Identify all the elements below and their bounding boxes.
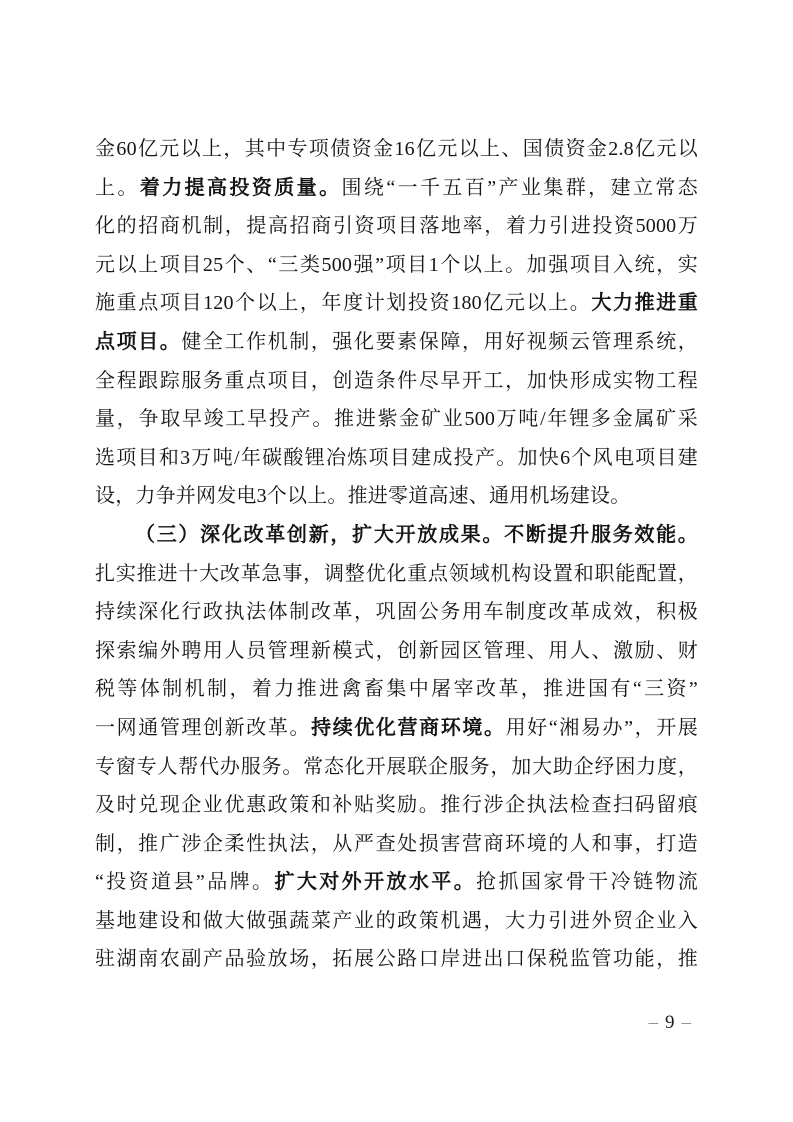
text-line: 施重点项目120个以上，年度计划投资180亿元以上。大力推进重 xyxy=(95,284,698,323)
text-segment: 制，推广涉企柔性执法，从严查处损害营商环境的人和事，打造 xyxy=(95,833,698,855)
bold-text-segment: 点项目。 xyxy=(95,331,181,353)
page-number-dash-left: – xyxy=(642,1012,666,1033)
text-segment: 设，力争并网发电3个以上。推进零道高速、通用机场建设。 xyxy=(95,485,630,507)
text-block: 金60亿元以上，其中专项债资金16亿元以上、国债资金2.8亿元以上。着力提高投资… xyxy=(95,130,698,979)
bold-text-segment: 扩大对外开放水平。 xyxy=(274,871,476,893)
text-segment: 探索编外聘用人员管理新模式，创新园区管理、用人、激励、财 xyxy=(95,640,698,662)
text-segment: 选项目和3万吨/年碳酸锂冶炼项目建成投产。加快6个风电项目建 xyxy=(95,447,698,469)
text-line: （三）深化改革创新，扩大开放成果。不断提升服务效能。 xyxy=(95,516,698,555)
text-segment: 抢抓国家骨干冷链物流 xyxy=(476,871,698,893)
bold-text-segment: 持续优化营商环境。 xyxy=(311,717,505,739)
text-segment: 全程跟踪服务重点项目，创造条件尽早开工，加快形成实物工程 xyxy=(95,370,698,392)
text-segment: 金60亿元以上，其中专项债资金16亿元以上、国债资金2.8亿元以 xyxy=(95,138,698,160)
text-segment: 专窗专人帮代办服务。常态化开展联企服务，加大助企纾困力度， xyxy=(95,756,698,778)
text-segment: 围绕“一千五百”产业集群，建立常态 xyxy=(342,177,698,199)
text-segment: 施重点项目120个以上，年度计划投资180亿元以上。 xyxy=(95,292,591,314)
text-line: 扎实推进十大改革急事，调整优化重点领域机构设置和职能配置， xyxy=(95,555,698,594)
text-segment: 扎实推进十大改革急事，调整优化重点领域机构设置和职能配置， xyxy=(95,563,698,585)
text-segment: 用好“湘易办”，开展 xyxy=(506,717,698,739)
bold-text-segment: 大力推进重 xyxy=(591,292,698,314)
page-number-dash-right: – xyxy=(675,1012,699,1033)
text-line: 专窗专人帮代办服务。常态化开展联企服务，加大助企纾困力度， xyxy=(95,748,698,787)
text-line: 元以上项目25个、“三类500强”项目1个以上。加强项目入统，实 xyxy=(95,246,698,285)
text-line: 制，推广涉企柔性执法，从严查处损害营商环境的人和事，打造 xyxy=(95,825,698,864)
text-segment: “投资道县”品牌。 xyxy=(95,871,274,893)
page-number: –9– xyxy=(642,1008,699,1038)
text-segment: 化的招商机制，提高招商引资项目落地率，着力引进投资5000万 xyxy=(95,215,698,237)
text-segment: 驻湖南农副产品验放场，拓展公路口岸进出口保税监管功能，推 xyxy=(95,948,698,970)
text-line: 设，力争并网发电3个以上。推进零道高速、通用机场建设。 xyxy=(95,477,698,516)
text-segment: 量，争取早竣工早投产。推进紫金矿业500万吨/年锂多金属矿采 xyxy=(95,408,698,430)
document-page: 金60亿元以上，其中专项债资金16亿元以上、国债资金2.8亿元以上。着力提高投资… xyxy=(0,0,793,1122)
text-line: 持续深化行政执法体制改革，巩固公务用车制度改革成效，积极 xyxy=(95,593,698,632)
text-line: 选项目和3万吨/年碳酸锂冶炼项目建成投产。加快6个风电项目建 xyxy=(95,439,698,478)
text-line: 驻湖南农副产品验放场，拓展公路口岸进出口保税监管功能，推 xyxy=(95,940,698,979)
text-line: 税等体制机制，着力推进禽畜集中屠宰改革，推进国有“三资” xyxy=(95,670,698,709)
text-line: 点项目。健全工作机制，强化要素保障，用好视频云管理系统， xyxy=(95,323,698,362)
bold-text-segment: 着力提高投资质量。 xyxy=(140,177,342,199)
text-line: “投资道县”品牌。扩大对外开放水平。抢抓国家骨干冷链物流 xyxy=(95,863,698,902)
text-segment: 税等体制机制，着力推进禽畜集中屠宰改革，推进国有“三资” xyxy=(95,678,698,700)
text-line: 一网通管理创新改革。持续优化营商环境。用好“湘易办”，开展 xyxy=(95,709,698,748)
page-number-value: 9 xyxy=(665,1012,675,1033)
text-segment: 及时兑现企业优惠政策和补贴奖励。推行涉企执法检查扫码留痕 xyxy=(95,794,698,816)
text-line: 及时兑现企业优惠政策和补贴奖励。推行涉企执法检查扫码留痕 xyxy=(95,786,698,825)
text-line: 量，争取早竣工早投产。推进紫金矿业500万吨/年锂多金属矿采 xyxy=(95,400,698,439)
text-line: 基地建设和做大做强蔬菜产业的政策机遇，大力引进外贸企业入 xyxy=(95,902,698,941)
text-segment: 一网通管理创新改革。 xyxy=(95,717,311,739)
text-segment: 基地建设和做大做强蔬菜产业的政策机遇，大力引进外贸企业入 xyxy=(95,910,698,932)
text-line: 化的招商机制，提高招商引资项目落地率，着力引进投资5000万 xyxy=(95,207,698,246)
text-line: 全程跟踪服务重点项目，创造条件尽早开工，加快形成实物工程 xyxy=(95,362,698,401)
text-line: 探索编外聘用人员管理新模式，创新园区管理、用人、激励、财 xyxy=(95,632,698,671)
text-line: 上。着力提高投资质量。围绕“一千五百”产业集群，建立常态 xyxy=(95,169,698,208)
bold-text-segment: （三）深化改革创新，扩大开放成果。不断提升服务效能。 xyxy=(135,524,698,546)
text-segment: 持续深化行政执法体制改革，巩固公务用车制度改革成效，积极 xyxy=(95,601,698,623)
text-segment: 健全工作机制，强化要素保障，用好视频云管理系统， xyxy=(181,331,698,353)
text-segment: 上。 xyxy=(95,177,140,199)
text-line: 金60亿元以上，其中专项债资金16亿元以上、国债资金2.8亿元以 xyxy=(95,130,698,169)
text-segment: 元以上项目25个、“三类500强”项目1个以上。加强项目入统，实 xyxy=(95,254,698,276)
